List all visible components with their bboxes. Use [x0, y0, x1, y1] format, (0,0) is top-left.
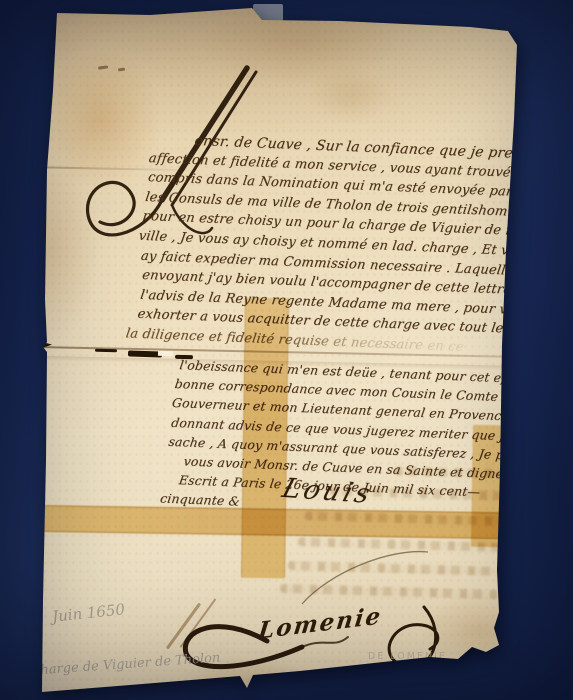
- pencil-annotation-date: Juin 1650: [51, 600, 126, 626]
- pencil-annotation-name: DE LOMENIE: [368, 651, 447, 662]
- tape-repair-horizontal: [44, 505, 502, 539]
- manuscript-document: M: [0, 0, 573, 700]
- royal-signature: Louis: [279, 473, 377, 510]
- paper-shadow-wrap: M: [0, 0, 573, 700]
- tear-gap: [158, 351, 173, 357]
- tape-repair-right-edge: [471, 425, 501, 547]
- tear-mark: [39, 341, 52, 349]
- pencil-annotation-note: avec le document: [382, 665, 494, 686]
- tape-repair-vertical: [241, 298, 289, 579]
- tear-mark: [95, 349, 117, 353]
- secretary-signature-flourish: [172, 593, 462, 688]
- photo-background: M: [0, 0, 573, 700]
